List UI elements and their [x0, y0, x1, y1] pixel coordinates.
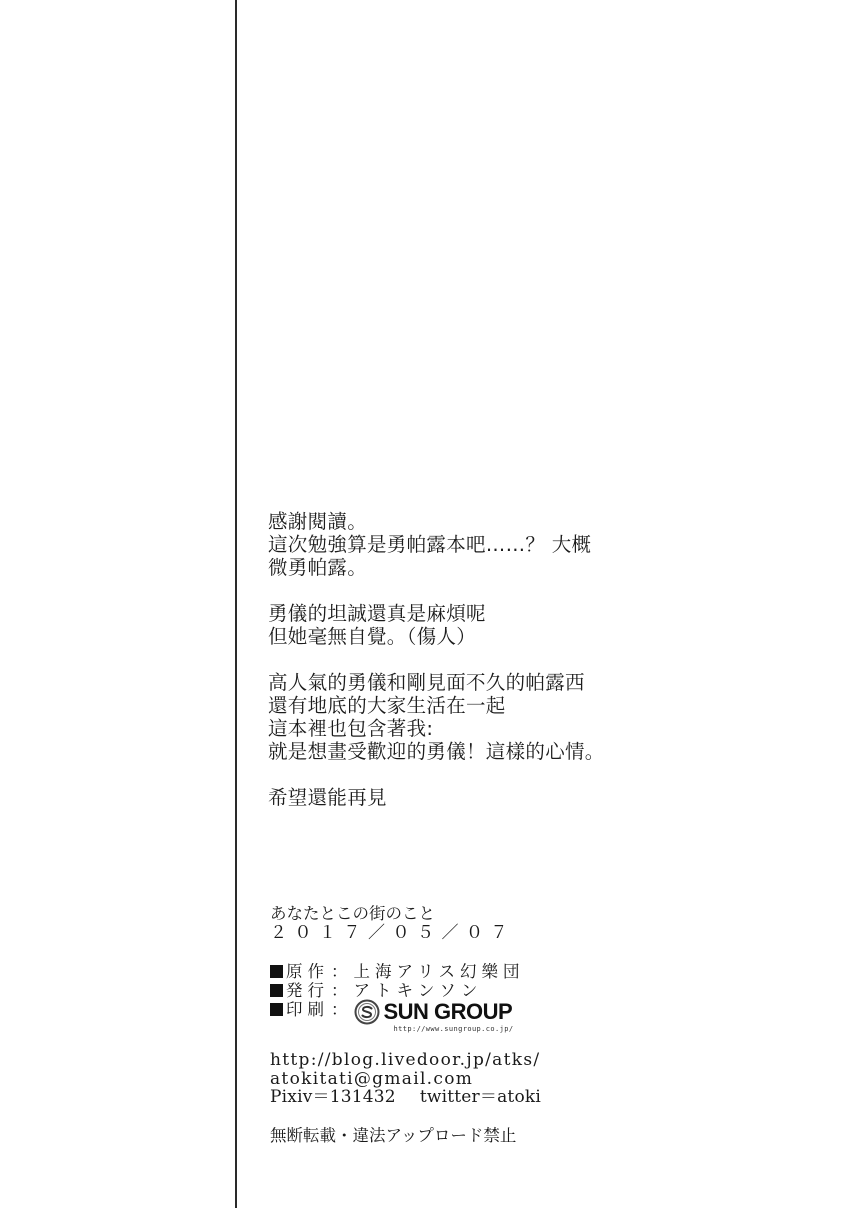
afterword-line: 但她毫無自覺。（傷人）	[268, 625, 688, 648]
credit-colon: ：	[331, 962, 348, 981]
credits-list: 原作 ： 上海アリス幻樂団 発行 ： アトキンソン 印刷 ：	[270, 962, 690, 1019]
credit-publisher: 発行 ： アトキンソン	[270, 981, 690, 1000]
credit-colon: ：	[331, 1000, 348, 1019]
afterword-line: 微勇帕露。	[268, 556, 688, 579]
afterword-line: 希望還能再見	[268, 786, 688, 809]
afterword-paragraph-2: 勇儀的坦誠還真是麻煩呢 但她毫無自覺。（傷人）	[268, 602, 688, 648]
afterword-line: 還有地底的大家生活在一起	[268, 694, 688, 717]
afterword-line: 感謝閱讀。	[268, 510, 688, 533]
afterword-line: 這次勉強算是勇帕露本吧……？ 大概	[268, 533, 688, 556]
credit-label: 原作	[286, 962, 329, 981]
credit-colon: ：	[331, 981, 348, 1000]
blog-url: http://blog.livedoor.jp/atks/	[270, 1051, 541, 1070]
author-contacts: http://blog.livedoor.jp/atks/ atokitati@…	[270, 1051, 541, 1107]
credit-value: アトキンソン	[354, 981, 483, 1000]
square-bullet-icon	[270, 965, 283, 978]
afterword-text: 感謝閱讀。 這次勉強算是勇帕露本吧……？ 大概 微勇帕露。 勇儀的坦誠還真是麻煩…	[268, 510, 688, 832]
afterword-paragraph-3: 高人氣的勇儀和剛見面不久的帕露西 還有地底的大家生活在一起 這本裡也包含著我: …	[268, 671, 688, 763]
sun-group-logo: SUN GROUP http://www.sungroup.co.jp/	[354, 999, 514, 1033]
afterword-line: 這本裡也包含著我:	[268, 717, 688, 740]
publication-date: ２０１７／０５／０７	[270, 924, 690, 942]
book-title: あなたとこの街のこと	[270, 904, 690, 923]
sun-group-mark-icon	[354, 999, 380, 1025]
square-bullet-icon	[270, 984, 283, 997]
page-gutter-line	[235, 0, 237, 1208]
afterword-line: 高人氣的勇儀和剛見面不久的帕露西	[268, 671, 688, 694]
credit-label: 印刷	[286, 1000, 329, 1019]
afterword-line: 就是想畫受歡迎的勇儀！這樣的心情。	[268, 740, 688, 763]
social-ids: Pixiv＝131432twitter＝atoki	[270, 1088, 541, 1107]
afterword-paragraph-1: 感謝閱讀。 這次勉強算是勇帕露本吧……？ 大概 微勇帕露。	[268, 510, 688, 579]
square-bullet-icon	[270, 1003, 283, 1016]
colophon: あなたとこの街のこと ２０１７／０５／０７ 原作 ： 上海アリス幻樂団 発行 ：…	[270, 904, 690, 1019]
afterword-line: 勇儀的坦誠還真是麻煩呢	[268, 602, 688, 625]
credit-label: 発行	[286, 981, 329, 1000]
logo-url: http://www.sungroup.co.jp/	[394, 1025, 514, 1033]
copyright-notice: 無断転載・違法アップロード禁止	[270, 1126, 516, 1146]
twitter-id: twitter＝atoki	[420, 1087, 541, 1107]
afterword-paragraph-4: 希望還能再見	[268, 786, 688, 809]
logo-text: SUN GROUP	[384, 1000, 513, 1024]
email-address: atokitati@gmail.com	[270, 1070, 541, 1089]
logo-row: SUN GROUP	[354, 999, 514, 1025]
pixiv-id: Pixiv＝131432	[270, 1087, 396, 1107]
credit-value: 上海アリス幻樂団	[354, 962, 525, 981]
credit-original-work: 原作 ： 上海アリス幻樂団	[270, 962, 690, 981]
credit-printer: 印刷 ： SUN GROUP http://www.sungroup.co.jp…	[270, 1000, 690, 1019]
